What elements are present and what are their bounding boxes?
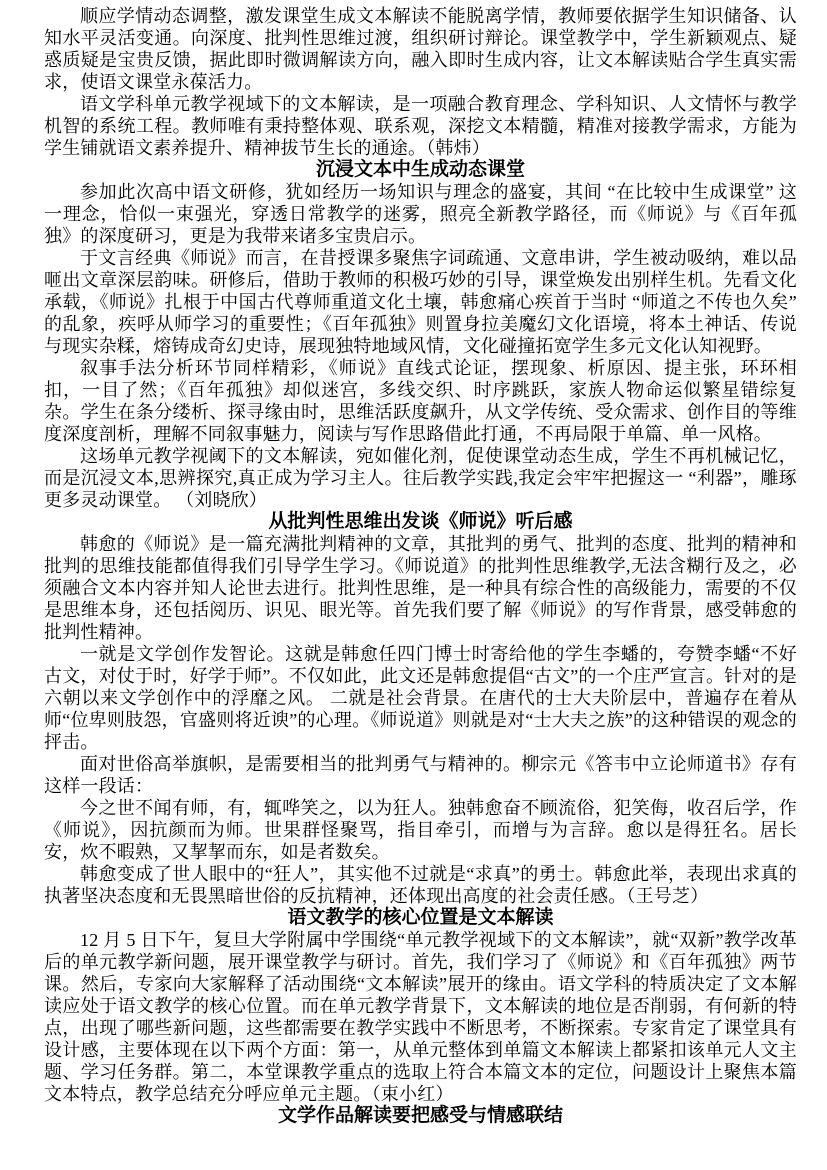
section-heading: 从批判性思维出发谈《师说》听后感 [44, 511, 797, 533]
paragraph: 面对世俗高举旗帜，是需要相当的批判勇气与精神的。柳宗元《答韦中立论师道书》存有这… [44, 753, 797, 797]
paragraph: 于文言经典《师说》而言，在昔授课多聚焦字词疏通、文意串讲，学生被动吸纳，难以品咂… [44, 247, 797, 357]
paragraph: 这场单元教学视阈下的文本解读，宛如催化剂，促使课堂动态生成，学生不再机械记忆，而… [44, 445, 797, 511]
section-heading: 文学作品解读要把感受与情感联结 [44, 1105, 797, 1127]
paragraph: 参加此次高中语文研修，犹如经历一场知识与理念的盛宴，其间 “在比较中生成课堂” … [44, 181, 797, 247]
section-heading: 语文教学的核心位置是文本解读 [44, 907, 797, 929]
paragraph: 语文学科单元教学视域下的文本解读，是一项融合教育理念、学科知识、人文情怀与教学机… [44, 93, 797, 159]
paragraph: 叙事手法分析环节同样精彩，《师说》直线式论证，摆现象、析原因、提主张，环环相扣，… [44, 357, 797, 445]
section-heading: 沉浸文本中生成动态课堂 [44, 159, 797, 181]
paragraph: 韩愈变成了世人眼中的“狂人”，其实他不过就是“求真”的勇士。韩愈此举，表现出求真… [44, 863, 797, 907]
paragraph: 韩愈的《师说》是一篇充满批判精神的文章，其批判的勇气、批判的态度、批判的精神和批… [44, 533, 797, 643]
paragraph: 顺应学情动态调整，激发课堂生成文本解读不能脱离学情，教师要依据学生知识储备、认知… [44, 5, 797, 93]
paragraph: 12 月 5 日下午，复旦大学附属中学围绕“单元教学视域下的文本解读”，就“双新… [44, 929, 797, 1105]
paragraph: 今之世不闻有师，有，辄哗笑之，以为狂人。独韩愈奋不顾流俗，犯笑侮，收召后学，作《… [44, 797, 797, 863]
document-page: 顺应学情动态调整，激发课堂生成文本解读不能脱离学情，教师要依据学生知识储备、认知… [0, 0, 827, 1170]
document-content: 顺应学情动态调整，激发课堂生成文本解读不能脱离学情，教师要依据学生知识储备、认知… [44, 5, 797, 1127]
paragraph: 一就是文学创作发智论。这就是韩愈任四门博士时寄给他的学生李蟠的，夸赞李蟠“不好古… [44, 643, 797, 753]
